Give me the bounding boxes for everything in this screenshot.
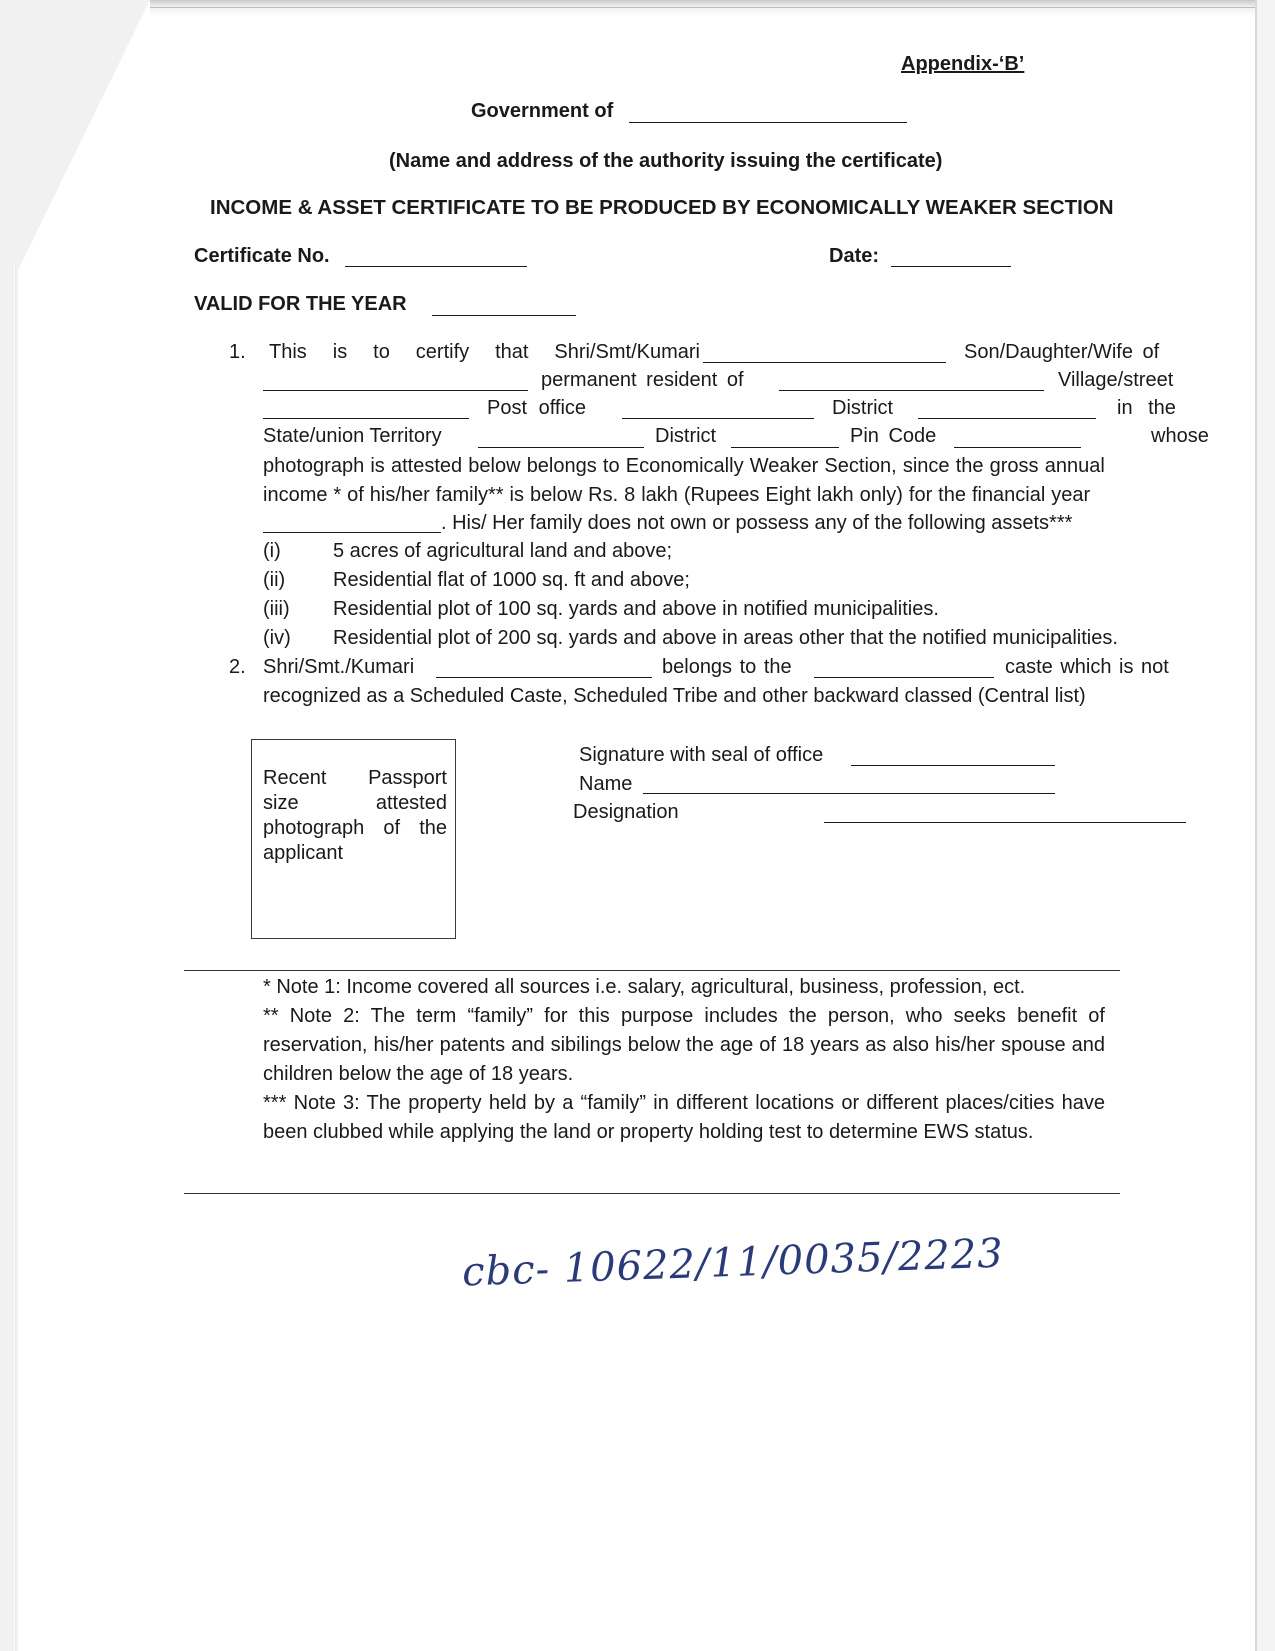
appendix-label: Appendix-‘B’ (901, 52, 1024, 76)
name-field[interactable] (643, 793, 1055, 794)
village-street-label: Village/street (1058, 368, 1173, 392)
government-of-field[interactable] (629, 122, 907, 123)
page-top-edge (150, 0, 1255, 16)
asset-marker-3: (iii) (263, 597, 290, 621)
valid-for-year-label: VALID FOR THE YEAR (194, 292, 407, 316)
photo-box-label: Recent Passport size attested photograph… (263, 766, 447, 866)
clause-2-number: 2. (229, 655, 246, 679)
clause-1-number: 1. (229, 340, 246, 364)
district-label: District (832, 396, 893, 420)
caste-field[interactable] (814, 677, 994, 678)
word: is (333, 340, 347, 364)
parent-name-field[interactable] (263, 390, 528, 391)
page-fold-shadow (0, 0, 170, 1651)
state-ut-field[interactable] (478, 447, 644, 448)
note-3: *** Note 3: The property held by a “fami… (263, 1089, 1105, 1147)
certificate-no-field[interactable] (345, 266, 527, 267)
clause-2-name-field[interactable] (436, 677, 652, 678)
photo-box[interactable]: Recent Passport size attested photograph… (251, 739, 456, 939)
asset-item-1: 5 acres of agricultural land and above; (333, 539, 672, 563)
signature-label: Signature with seal of office (579, 743, 823, 767)
notes-bottom-rule (184, 1193, 1120, 1194)
notes-section: * Note 1: Income covered all sources i.e… (263, 973, 1105, 1147)
note-2: ** Note 2: The term “family” for this pu… (263, 1002, 1105, 1089)
financial-year-field[interactable] (263, 532, 441, 533)
word: Shri/Smt/Kumari (554, 340, 700, 364)
whose-label: whose (1151, 424, 1209, 448)
certificate-no-label: Certificate No. (194, 244, 330, 268)
signature-field[interactable] (851, 765, 1055, 766)
asset-item-2: Residential flat of 1000 sq. ft and abov… (333, 568, 690, 592)
post-office-field[interactable] (622, 418, 814, 419)
permanent-resident-label: permanent resident of (541, 368, 744, 392)
in-the-label: in the (1117, 396, 1176, 420)
asset-marker-4: (iv) (263, 626, 291, 650)
state-ut-label: State/union Territory (263, 424, 442, 448)
district-field-2[interactable] (731, 447, 839, 448)
note-1: * Note 1: Income covered all sources i.e… (263, 973, 1105, 1002)
authority-note: (Name and address of the authority issui… (389, 149, 942, 173)
pin-code-label: Pin Code (850, 424, 936, 448)
document-page: Appendix-‘B’ Government of (Name and add… (0, 0, 1257, 1651)
district-label-2: District (655, 424, 716, 448)
word: that (495, 340, 528, 364)
handwritten-reference-number: cbc- 10622/11/0035/2223 (461, 1231, 1004, 1296)
resident-of-field[interactable] (779, 390, 1044, 391)
belongs-to-label: belongs to the (662, 655, 792, 679)
clause-1-line-7: . His/ Her family does not own or posses… (441, 511, 1072, 535)
caste-label: caste which is not (1005, 655, 1169, 679)
asset-marker-1: (i) (263, 539, 281, 563)
district-field[interactable] (918, 418, 1096, 419)
village-street-field[interactable] (263, 418, 469, 419)
government-of-label: Government of (471, 99, 613, 123)
word: This (269, 340, 307, 364)
word: certify (416, 340, 469, 364)
relation-label: Son/Daughter/Wife of (964, 340, 1159, 364)
certificate-title: INCOME & ASSET CERTIFICATE TO BE PRODUCE… (210, 196, 1114, 220)
asset-item-4: Residential plot of 200 sq. yards and ab… (333, 626, 1118, 650)
notes-top-rule (184, 970, 1120, 971)
name-label: Name (579, 772, 632, 796)
date-label: Date: (829, 244, 879, 268)
clause-1-line-6: income * of his/her family** is below Rs… (263, 483, 1090, 507)
word: to (373, 340, 390, 364)
asset-item-3: Residential plot of 100 sq. yards and ab… (333, 597, 939, 621)
designation-label: Designation (573, 800, 679, 824)
asset-marker-2: (ii) (263, 568, 285, 592)
clause-1-line-5: photograph is attested below belongs to … (263, 454, 1105, 478)
clause-1-line-1: This is to certify that Shri/Smt/Kumari (269, 340, 700, 364)
post-office-label: Post office (487, 396, 586, 420)
date-field[interactable] (891, 266, 1011, 267)
valid-for-year-field[interactable] (432, 315, 576, 316)
pin-code-field[interactable] (954, 447, 1081, 448)
applicant-name-field[interactable] (703, 362, 946, 363)
clause-2-line-2: recognized as a Scheduled Caste, Schedul… (263, 684, 1086, 708)
designation-field[interactable] (824, 822, 1186, 823)
page-fold-line (12, 262, 16, 1651)
clause-2-shri-label: Shri/Smt./Kumari (263, 655, 414, 679)
